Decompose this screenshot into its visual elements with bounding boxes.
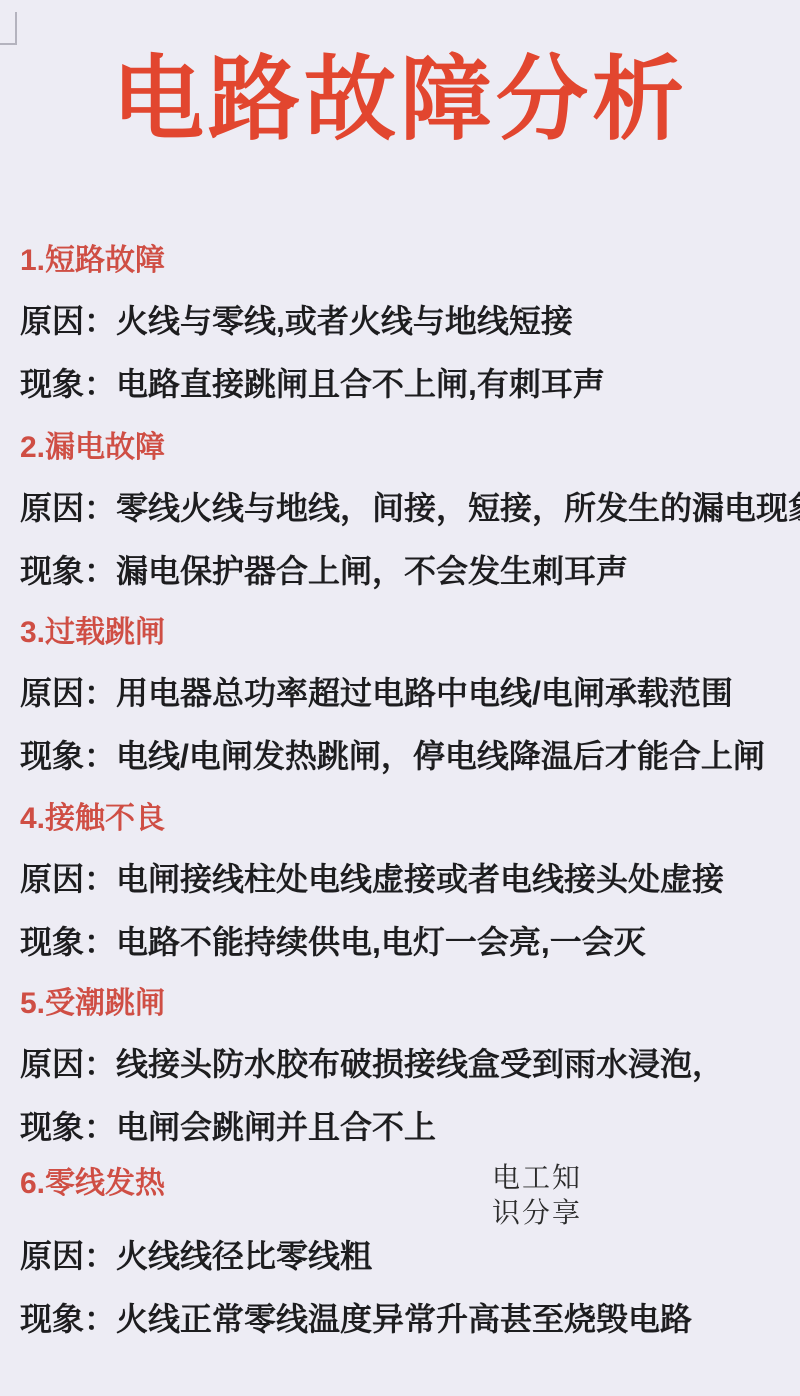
- cause-line: 原因：零线火线与地线，间接，短接，所发生的漏电现象: [20, 488, 786, 528]
- cause-label: 原因：: [20, 303, 116, 339]
- symptom-label: 现象：: [20, 738, 116, 774]
- symptom-line: 现象：火线正常零线温度异常升高甚至烧毁电路: [20, 1299, 786, 1339]
- watermark: 电工知 识分享: [492, 1160, 582, 1230]
- cause-text: 火线线径比零线粗: [116, 1238, 372, 1274]
- cause-text: 线接头防水胶布破损接线盒受到雨水浸泡，: [116, 1046, 724, 1082]
- cause-line: 原因：火线线径比零线粗: [20, 1236, 786, 1276]
- fault-section-overload: 3.过载跳闸 原因：用电器总功率超过电路中电线/电闸承载范围 现象：电线/电闸发…: [20, 615, 786, 776]
- page-title: 电路故障分析: [0, 50, 800, 150]
- watermark-line-2: 识分享: [492, 1195, 582, 1230]
- section-heading: 2.漏电故障: [20, 430, 786, 466]
- symptom-line: 现象：电路不能持续供电,电灯一会亮,一会灭: [20, 922, 786, 962]
- symptom-text: 火线正常零线温度异常升高甚至烧毁电路: [116, 1301, 692, 1337]
- cause-label: 原因：: [20, 675, 116, 711]
- cause-label: 原因：: [20, 490, 116, 526]
- cause-label: 原因：: [20, 1046, 116, 1082]
- fault-section-bad-contact: 4.接触不良 原因：电闸接线柱处电线虚接或者电线接头处虚接 现象：电路不能持续供…: [20, 801, 786, 962]
- knowledge-card: 电路故障分析 1.短路故障 原因：火线与零线,或者火线与地线短接 现象：电路直接…: [0, 0, 800, 1396]
- cause-label: 原因：: [20, 1238, 116, 1274]
- symptom-text: 电路不能持续供电,电灯一会亮,一会灭: [116, 924, 646, 960]
- cause-text: 零线火线与地线，间接，短接，所发生的漏电现象: [116, 490, 800, 526]
- cause-line: 原因：电闸接线柱处电线虚接或者电线接头处虚接: [20, 859, 786, 899]
- fault-section-short-circuit: 1.短路故障 原因：火线与零线,或者火线与地线短接 现象：电路直接跳闸且合不上闸…: [20, 243, 786, 404]
- symptom-label: 现象：: [20, 366, 116, 402]
- fault-section-neutral-heating: 6.零线发热 原因：火线线径比零线粗 现象：火线正常零线温度异常升高甚至烧毁电路: [20, 1166, 786, 1339]
- watermark-line-1: 电工知: [492, 1160, 582, 1195]
- symptom-line: 现象：漏电保护器合上闸，不会发生刺耳声: [20, 551, 786, 591]
- cause-text: 用电器总功率超过电路中电线/电闸承载范围: [116, 675, 733, 711]
- cause-label: 原因：: [20, 861, 116, 897]
- section-heading: 3.过载跳闸: [20, 615, 786, 651]
- cause-text: 火线与零线,或者火线与地线短接: [116, 303, 573, 339]
- symptom-line: 现象：电闸会跳闸并且合不上: [20, 1107, 786, 1147]
- cause-line: 原因：用电器总功率超过电路中电线/电闸承载范围: [20, 673, 786, 713]
- section-heading: 4.接触不良: [20, 801, 786, 837]
- cause-text: 电闸接线柱处电线虚接或者电线接头处虚接: [116, 861, 724, 897]
- symptom-label: 现象：: [20, 1301, 116, 1337]
- symptom-label: 现象：: [20, 553, 116, 589]
- fault-section-leakage: 2.漏电故障 原因：零线火线与地线，间接，短接，所发生的漏电现象 现象：漏电保护…: [20, 430, 786, 591]
- symptom-text: 电线/电闸发热跳闸，停电线降温后才能合上闸: [116, 738, 765, 774]
- fault-section-moisture: 5.受潮跳闸 原因：线接头防水胶布破损接线盒受到雨水浸泡， 现象：电闸会跳闸并且…: [20, 986, 786, 1147]
- symptom-label: 现象：: [20, 1109, 116, 1145]
- symptom-label: 现象：: [20, 924, 116, 960]
- cause-line: 原因：线接头防水胶布破损接线盒受到雨水浸泡，: [20, 1044, 786, 1084]
- corner-crop-mark: [0, 12, 17, 45]
- section-heading: 1.短路故障: [20, 243, 786, 279]
- section-heading: 5.受潮跳闸: [20, 986, 786, 1022]
- symptom-line: 现象：电路直接跳闸且合不上闸,有刺耳声: [20, 364, 786, 404]
- cause-line: 原因：火线与零线,或者火线与地线短接: [20, 301, 786, 341]
- section-heading: 6.零线发热: [20, 1166, 786, 1202]
- symptom-text: 电闸会跳闸并且合不上: [116, 1109, 436, 1145]
- symptom-text: 电路直接跳闸且合不上闸,有刺耳声: [116, 366, 605, 402]
- symptom-text: 漏电保护器合上闸，不会发生刺耳声: [116, 553, 628, 589]
- symptom-line: 现象：电线/电闸发热跳闸，停电线降温后才能合上闸: [20, 736, 786, 776]
